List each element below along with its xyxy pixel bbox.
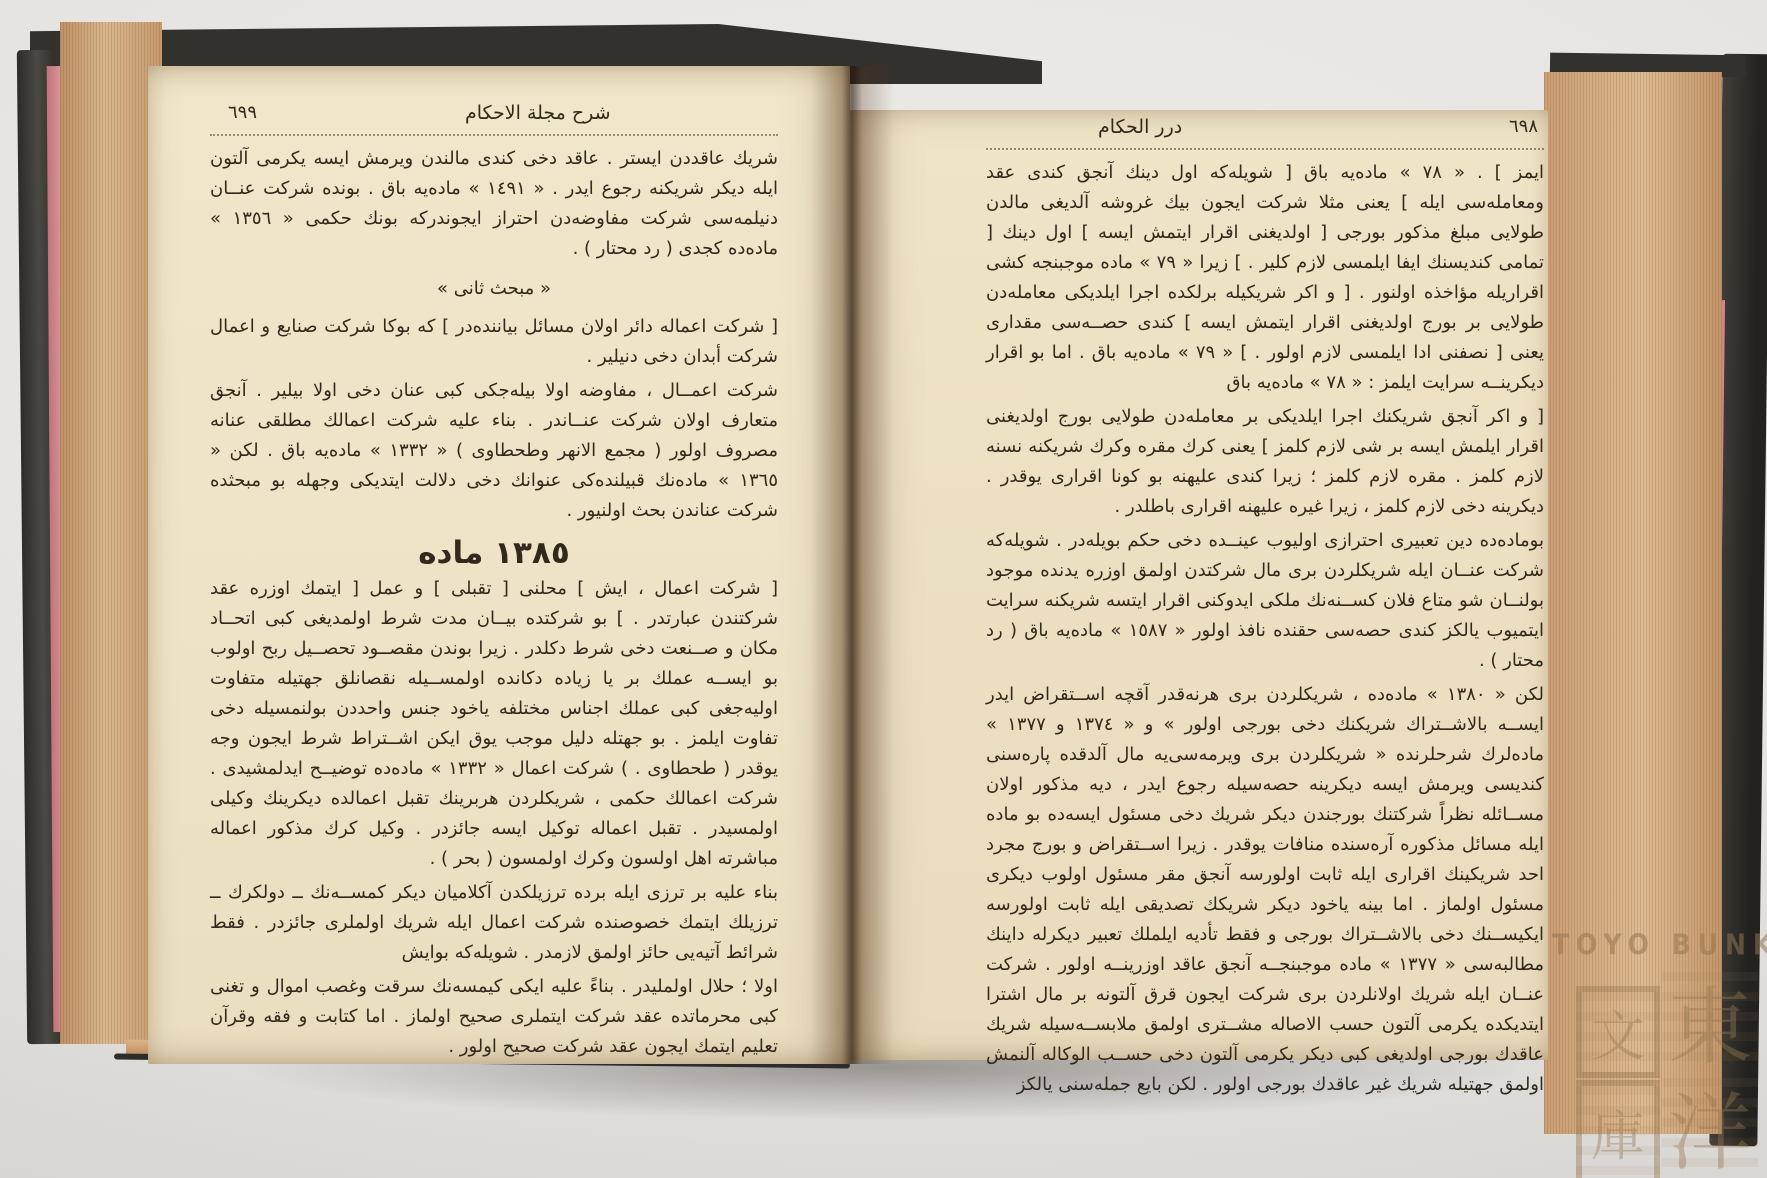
right-paragraph-4: لكن « ١٣٨٠ » ماده‌ده ، شريكلردن برى هرنه… [986, 680, 1544, 1100]
page-stack-fore-edge-left [60, 22, 162, 1044]
toyo-bunko-stamp-text: TOYO BUNKO [1552, 928, 1767, 961]
left-paragraph-4: [ شركت اعمال ، ايش ] محلنى [ تقبلى ] و ع… [210, 574, 778, 874]
library-seal-glyph: 洋 [1662, 1078, 1758, 1174]
left-paragraph-3: شركت اعمــال ، مفاوضه اولا بيله‌جكى كبى … [210, 376, 778, 526]
left-page-number: ٦٩٩ [228, 98, 257, 128]
left-paragraph-5: بناء عليه بر ترزى ايله برده ترزيلكدن آكل… [210, 878, 778, 968]
right-page-running-title: درر الحكام [1098, 112, 1182, 142]
right-paragraph-3: بوماده‌ده دين تعبيرى احترازى اوليوب عينـ… [986, 526, 1544, 676]
left-page-header: ٦٩٩ شرح مجلة الاحكام [210, 96, 778, 132]
article-heading: ١٣٨٥ ماده [210, 538, 778, 568]
right-page-header: درر الحكام ٦٩٨ [986, 110, 1544, 146]
left-paragraph-1: شريك عاقددن ايستر . عاقد دخى كندى مالندن… [210, 144, 778, 264]
right-page-number: ٦٩٨ [1509, 112, 1538, 142]
left-paragraph-2: [ شركت اعماله دائر اولان مسائل بيانندەدر… [210, 312, 778, 372]
book-photo: ٦٩٩ شرح مجلة الاحكام شريك عاقددن ايستر .… [0, 0, 1767, 1178]
left-page-text: ٦٩٩ شرح مجلة الاحكام شريك عاقددن ايستر .… [210, 96, 778, 1066]
right-page-text: درر الحكام ٦٩٨ ايمز ] . « ٧٨ » ماده‌يه ب… [986, 110, 1544, 1104]
library-seal-glyph: 庫 [1576, 1080, 1660, 1178]
section-heading: « مبحث ثانى » [210, 274, 778, 304]
library-seal-glyph: 東 [1662, 972, 1758, 1068]
left-header-rule [210, 134, 778, 136]
library-seal-glyph: 文 [1576, 986, 1660, 1078]
book-gutter-shadow [810, 66, 894, 1064]
left-paragraph-6: اولا ؛ حلال اولمليدر . بناءً عليه ايكى ك… [210, 972, 778, 1062]
right-paragraph-1: ايمز ] . « ٧٨ » ماده‌يه باق [ شويله‌كه ا… [986, 158, 1544, 398]
left-page-running-title: شرح مجلة الاحكام [465, 98, 611, 128]
right-paragraph-2: [ و اكر آنجق شريكنك اجرا ايلديكى بر معام… [986, 402, 1544, 522]
right-header-rule [986, 148, 1544, 150]
